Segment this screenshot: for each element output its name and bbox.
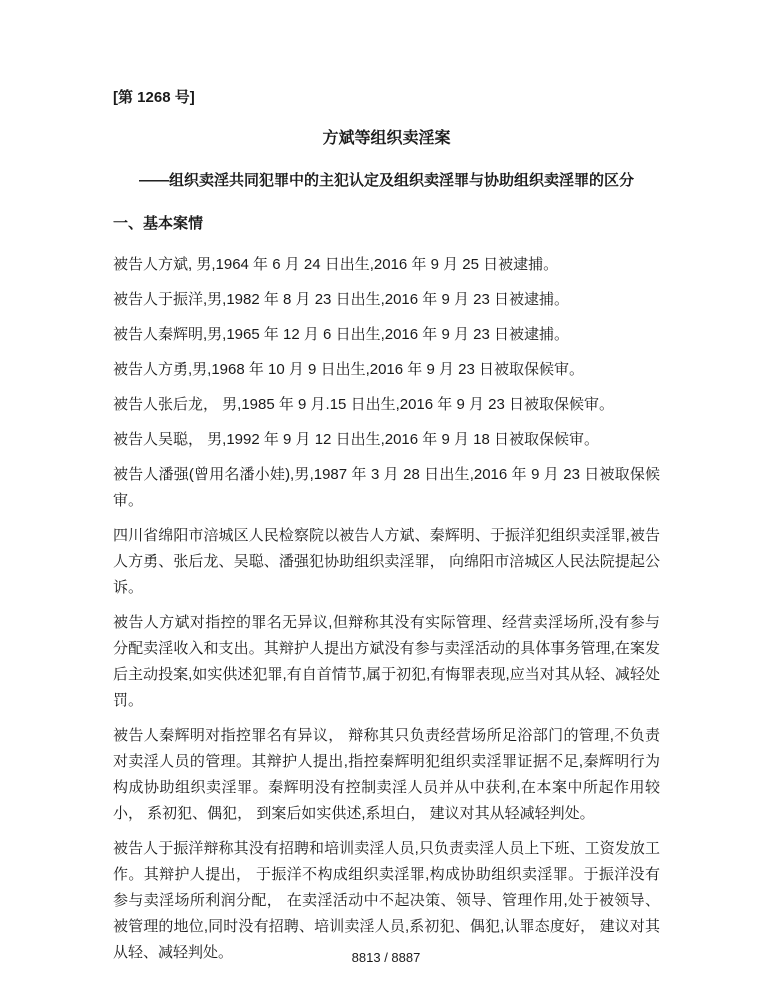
- page-indicator: 8813 / 8887: [0, 950, 772, 965]
- paragraph-defendant-qinhuiming: 被告人秦辉明,男,1965 年 12 月 6 日出生,2016 年 9 月 23…: [113, 322, 660, 348]
- paragraph-defendant-yuzhenyang: 被告人于振洋,男,1982 年 8 月 23 日出生,2016 年 9 月 23…: [113, 287, 660, 313]
- section-heading: 一、基本案情: [113, 214, 660, 234]
- paragraph-defendant-zhanghoulong: 被告人张后龙， 男,1985 年 9 月.15 日出生,2016 年 9 月 2…: [113, 392, 660, 418]
- paragraph-defendant-wucong: 被告人吴聪， 男,1992 年 9 月 12 日出生,2016 年 9 月 18…: [113, 427, 660, 453]
- paragraph-defendant-panqiang: 被告人潘强(曾用名潘小娃),男,1987 年 3 月 28 日出生,2016 年…: [113, 462, 660, 514]
- paragraph-fangbin-defense: 被告人方斌对指控的罪名无异议,但辩称其没有实际管理、经营卖淫场所,没有参与分配卖…: [113, 610, 660, 714]
- paragraph-qinhuiming-defense: 被告人秦辉明对指控罪名有异议， 辩称其只负责经营场所足浴部门的管理,不负责对卖淫…: [113, 723, 660, 827]
- paragraph-defendant-fangyong: 被告人方勇,男,1968 年 10 月 9 日出生,2016 年 9 月 23 …: [113, 357, 660, 383]
- paragraph-defendant-fangbin: 被告人方斌, 男,1964 年 6 月 24 日出生,2016 年 9 月 25…: [113, 252, 660, 278]
- paragraph-prosecution: 四川省绵阳市涪城区人民检察院以被告人方斌、秦辉明、于振洋犯组织卖淫罪,被告人方勇…: [113, 523, 660, 601]
- case-title: 方斌等组织卖淫案: [113, 129, 660, 149]
- paragraph-yuzhenyang-defense: 被告人于振洋辩称其没有招聘和培训卖淫人员,只负责卖淫人员上下班、工资发放工作。其…: [113, 836, 660, 966]
- case-subtitle: ——组织卖淫共同犯罪中的主犯认定及组织卖淫罪与协助组织卖淫罪的区分: [113, 171, 660, 191]
- case-number: [第 1268 号]: [113, 88, 660, 108]
- document-page: [第 1268 号] 方斌等组织卖淫案 ——组织卖淫共同犯罪中的主犯认定及组织卖…: [0, 0, 772, 999]
